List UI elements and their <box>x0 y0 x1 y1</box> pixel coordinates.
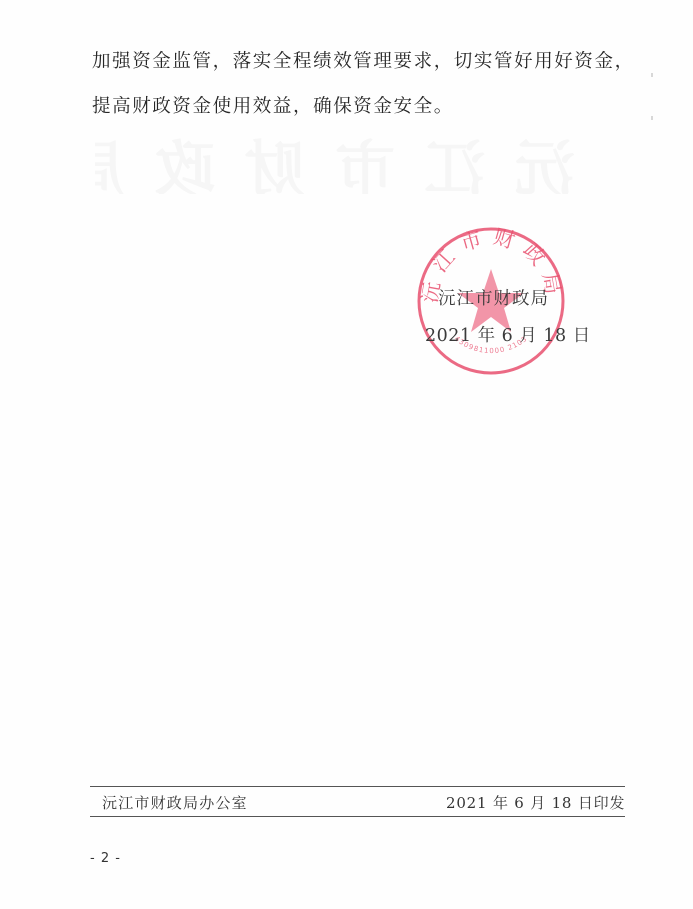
scan-speck <box>651 73 653 77</box>
page-number: - 2 - <box>90 851 121 866</box>
footer-issue-date: 2021 年 6 月 18 日印发 <box>446 792 625 813</box>
bleed-through-text: 沅江市财政局文件 <box>95 122 575 194</box>
signature-organization: 沅江市财政局 <box>438 285 549 310</box>
footer-bottom-rule <box>90 816 625 817</box>
body-text-line-1: 加强资金监管，落实全程绩效管理要求，切实管好用好资金， <box>92 47 635 73</box>
footer-top-rule <box>90 786 625 787</box>
signature-date: 2021 年 6 月 18 日 <box>425 322 591 347</box>
body-text-line-2: 提高财政资金使用效益，确保资金安全。 <box>92 92 454 118</box>
scan-speck <box>651 116 653 120</box>
document-page: 沅江市财政局文件 加强资金监管，落实全程绩效管理要求，切实管好用好资金， 提高财… <box>0 0 693 909</box>
footer-issuer: 沅江市财政局办公室 <box>102 792 248 813</box>
